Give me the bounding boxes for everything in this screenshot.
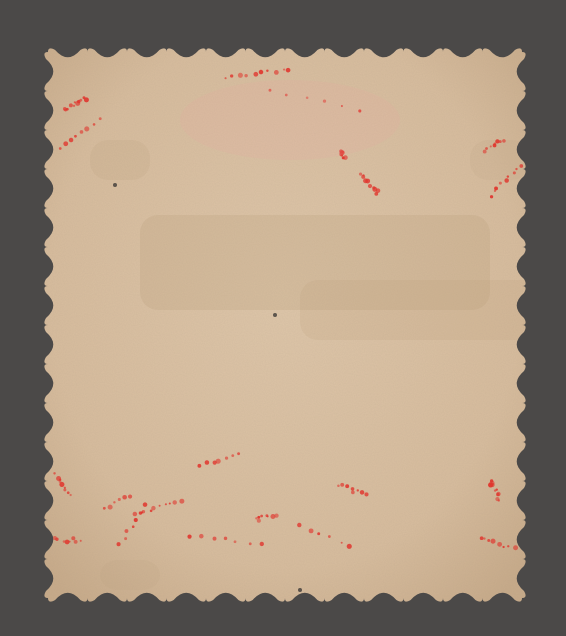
stamp-photo — [0, 0, 566, 636]
stamp-back — [0, 0, 566, 636]
